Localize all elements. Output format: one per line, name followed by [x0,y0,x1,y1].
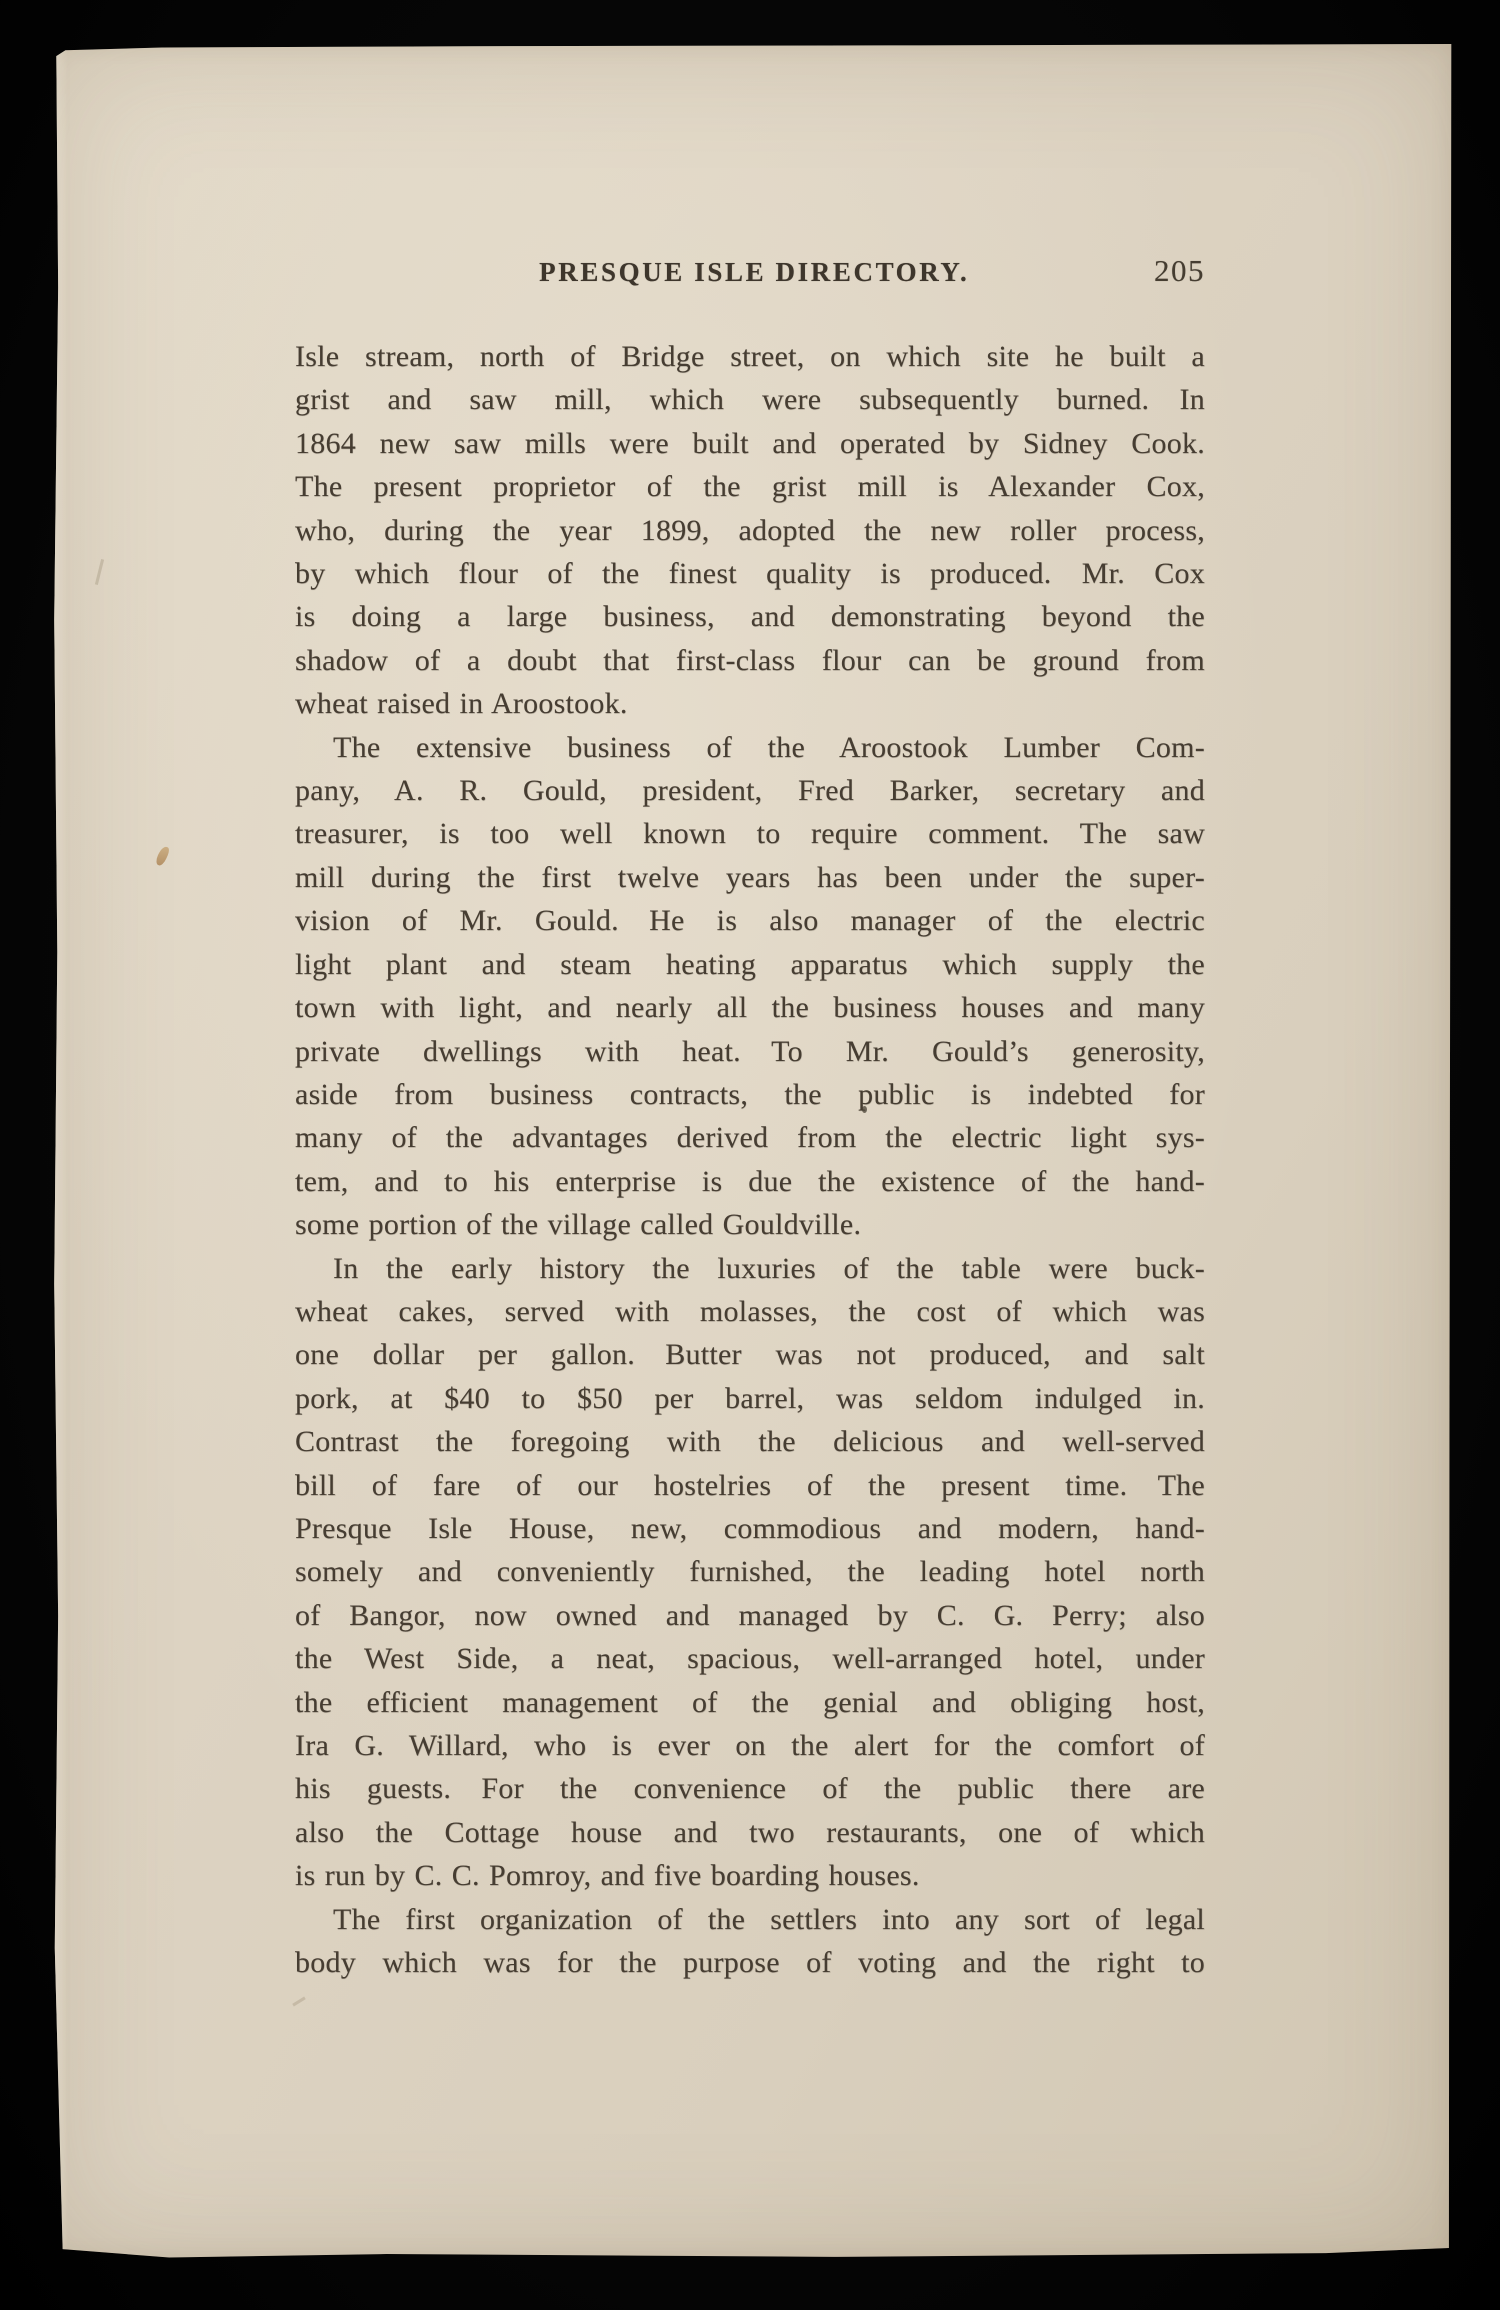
text-line: The extensive business of the Aroostook … [295,726,1205,769]
paper-fiber [95,559,104,585]
text-line: bill of fare of our hostelries of the pr… [295,1464,1205,1507]
body-text: Isle stream, north of Bridge street, on … [295,335,1205,1984]
text-line: is run by C. C. Pomroy, and five boardin… [295,1854,1205,1897]
text-line: Contrast the foregoing with the deliciou… [295,1420,1205,1463]
text-line: The present proprietor of the grist mill… [295,465,1205,508]
text-line: one dollar per gallon. Butter was not pr… [295,1333,1205,1376]
text-line: is doing a large business, and demonstra… [295,595,1205,638]
header-rule [294,306,1208,310]
text-line: aside from business contracts, the publi… [295,1073,1205,1116]
text-line: treasurer, is too well known to require … [295,812,1205,855]
text-line: some portion of the village called Gould… [295,1203,1205,1246]
text-line: wheat cakes, served with molasses, the c… [295,1290,1205,1333]
text-line: tem, and to his enterprise is due the ex… [295,1160,1205,1203]
text-line: of Bangor, now owned and managed by C. G… [295,1594,1205,1637]
text-line: Isle stream, north of Bridge street, on … [295,335,1205,378]
text-line: 1864 new saw mills were built and operat… [295,422,1205,465]
text-line: shadow of a doubt that first-class flour… [295,639,1205,682]
paper-speck [154,845,170,867]
text-line: the efficient management of the genial a… [295,1681,1205,1724]
text-line: In the early history the luxuries of the… [295,1247,1205,1290]
page-number: 205 [1154,253,1205,289]
text-line: the West Side, a neat, spacious, well-ar… [295,1637,1205,1680]
book-page: PRESQUE ISLE DIRECTORY. 205 Isle stream,… [50,44,1452,2258]
text-line: who, during the year 1899, adopted the n… [295,509,1205,552]
text-line: pany, A. R. Gould, president, Fred Barke… [295,769,1205,812]
text-line: Ira G. Willard, who is ever on the alert… [295,1724,1205,1767]
text-line: his guests. For the convenience of the p… [295,1767,1205,1810]
text-line: wheat raised in Aroostook. [295,682,1205,725]
paper-fiber [292,1997,305,2007]
text-line: grist and saw mill, which were subsequen… [295,378,1205,421]
text-line: pork, at $40 to $50 per barrel, was seld… [295,1377,1205,1420]
text-line: vision of Mr. Gould. He is also manager … [295,899,1205,942]
scan-background: PRESQUE ISLE DIRECTORY. 205 Isle stream,… [0,0,1500,2310]
running-title: PRESQUE ISLE DIRECTORY. [539,257,969,288]
text-line: private dwellings with heat. To Mr. Goul… [295,1030,1205,1073]
text-line: light plant and steam heating apparatus … [295,943,1205,986]
text-line: town with light, and nearly all the busi… [295,986,1205,1029]
text-line: mill during the first twelve years has b… [295,856,1205,899]
page-header: PRESQUE ISLE DIRECTORY. 205 [295,257,1205,301]
text-line: many of the advantages derived from the … [295,1116,1205,1159]
text-line: somely and conveniently furnished, the l… [295,1550,1205,1593]
text-line: also the Cottage house and two restauran… [295,1811,1205,1854]
text-line: The first organization of the settlers i… [295,1898,1205,1941]
text-line: Presque Isle House, new, commodious and … [295,1507,1205,1550]
text-line: body which was for the purpose of voting… [295,1941,1205,1984]
text-line: by which flour of the finest quality is … [295,552,1205,595]
